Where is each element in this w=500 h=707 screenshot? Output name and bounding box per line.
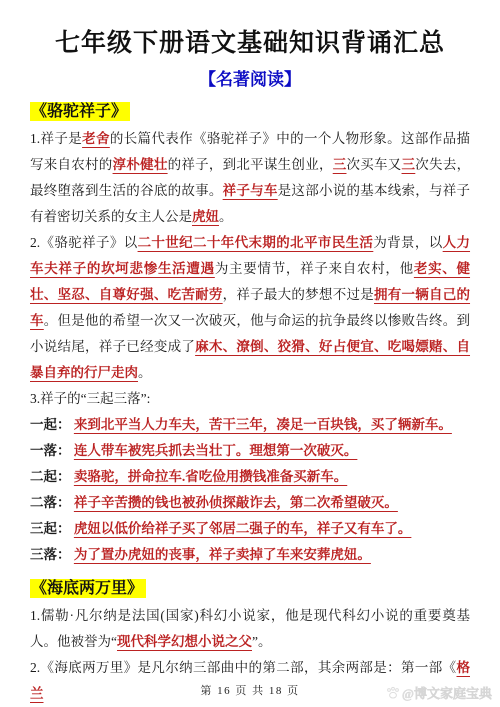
body-text: 的祥子，到北平谋生创业， [168, 157, 333, 172]
section-heading-row: 《骆驼祥子》 [30, 100, 470, 123]
key-point-text: 老舍 [82, 131, 110, 146]
body-text: 2.《骆驼祥子》以 [30, 235, 138, 250]
body-text: ，祥子最大的梦想不过是 [223, 287, 374, 302]
key-point-text: 三 [402, 157, 416, 172]
body-text: 。 [219, 209, 233, 224]
section-label-famous-reading: 【名著阅读】 [30, 69, 470, 91]
body-text: 为主要情节，祥子来自农村，他 [215, 261, 414, 276]
paragraph-plot-summary: 2.《骆驼祥子》以二十世纪二十年代末期的北平市民生活为背景，以人力车夫祥子的坎坷… [30, 230, 470, 386]
list-item-third-fall: 三落： 为了置办虎妞的丧事，祥子卖掉了车来安葬虎妞。 [30, 542, 470, 568]
key-point-text: 虎妞以低价给祥子买了邻居二强子的车，祥子又有车了。 [74, 521, 412, 536]
paragraph-author-intro: 1.祥子是老舍的长篇代表作《骆驼祥子》中的一个人物形象。这部作品描写来自农村的淳… [30, 126, 470, 230]
body-text: 2.《海底两万里》是凡尔纳三部曲中的第二部，其余两部是：第一部《 [30, 660, 457, 675]
paragraph-three-rises-falls-title: 3.祥子的“三起三落”: [30, 386, 470, 412]
key-point-text: 连人带车被宪兵抓去当壮丁。理想第一次破灭。 [74, 443, 358, 458]
section-luotuo-xiangzi: 《骆驼祥子》 1.祥子是老舍的长篇代表作《骆驼祥子》中的一个人物形象。这部作品描… [30, 100, 470, 568]
paragraph-verne-intro: 1.儒勒·凡尔纳是法国(国家)科幻小说家，他是现代科幻小说的重要奠基人。他被誉为… [30, 603, 470, 655]
highlighted-heading-luotuo-xiangzi: 《骆驼祥子》 [30, 102, 130, 121]
list-item-third-rise: 三起： 虎妞以低价给祥子买了邻居二强子的车，祥子又有车了。 [30, 516, 470, 542]
body-text: 3.祥子的“三起三落”: [30, 391, 150, 406]
body-text: 二起： [30, 469, 74, 484]
key-point-text: 为了置办虎妞的丧事，祥子卖掉了车来安葬虎妞。 [74, 547, 371, 562]
key-point-text: 祥子辛苦攒的钱也被孙侦探敲诈去，第二次希望破灭。 [74, 495, 398, 510]
key-point-text: 二十世纪二十年代末期的北平市民生活 [138, 235, 374, 250]
section-heading-row: 《海底两万里》 [30, 577, 470, 600]
key-point-text: 卖骆驼，拼命拉车.省吃俭用攒钱准备买新车。 [74, 469, 347, 484]
highlighted-heading-haidi-liangwanli: 《海底两万里》 [30, 579, 146, 598]
list-item-second-rise: 二起： 卖骆驼，拼命拉车.省吃俭用攒钱准备买新车。 [30, 464, 470, 490]
page-title: 七年级下册语文基础知识背诵汇总 [30, 28, 470, 60]
list-item-first-rise: 一起： 来到北平当人力车夫，苦干三年，凑足一百块钱，买了辆新车。 [30, 412, 470, 438]
key-point-text: 祥子与车 [223, 183, 278, 198]
body-text: 次买车又 [346, 157, 401, 172]
key-point-text: 现代科学幻想小说之父 [117, 634, 252, 649]
watermark-text: @博文家庭宝典 [402, 683, 492, 702]
list-item-second-fall: 二落： 祥子辛苦攒的钱也被孙侦探敲诈去，第二次希望破灭。 [30, 490, 470, 516]
body-text: 一起： [30, 417, 74, 432]
list-item-first-fall: 一落： 连人带车被宪兵抓去当壮丁。理想第一次破灭。 [30, 438, 470, 464]
key-point-text: 虎妞 [192, 209, 219, 224]
body-text: 为背景，以 [373, 235, 442, 250]
watermark: @博文家庭宝典 [386, 683, 492, 702]
body-text: 二落： [30, 495, 74, 510]
body-text: 三起： [30, 521, 74, 536]
body-text: 1.祥子是 [30, 131, 82, 146]
key-point-text: 三 [333, 157, 347, 172]
key-point-text: 淳朴健壮 [113, 157, 168, 172]
body-text: 三落： [30, 547, 74, 562]
body-text: ”。 [252, 634, 272, 649]
document-page: 七年级下册语文基础知识背诵汇总 【名著阅读】 《骆驼祥子》 1.祥子是老舍的长篇… [0, 0, 500, 707]
body-text: 一落： [30, 443, 74, 458]
body-text: 。 [138, 365, 152, 380]
paw-icon [386, 686, 400, 700]
key-point-text: 来到北平当人力车夫，苦干三年，凑足一百块钱，买了辆新车。 [74, 417, 452, 432]
